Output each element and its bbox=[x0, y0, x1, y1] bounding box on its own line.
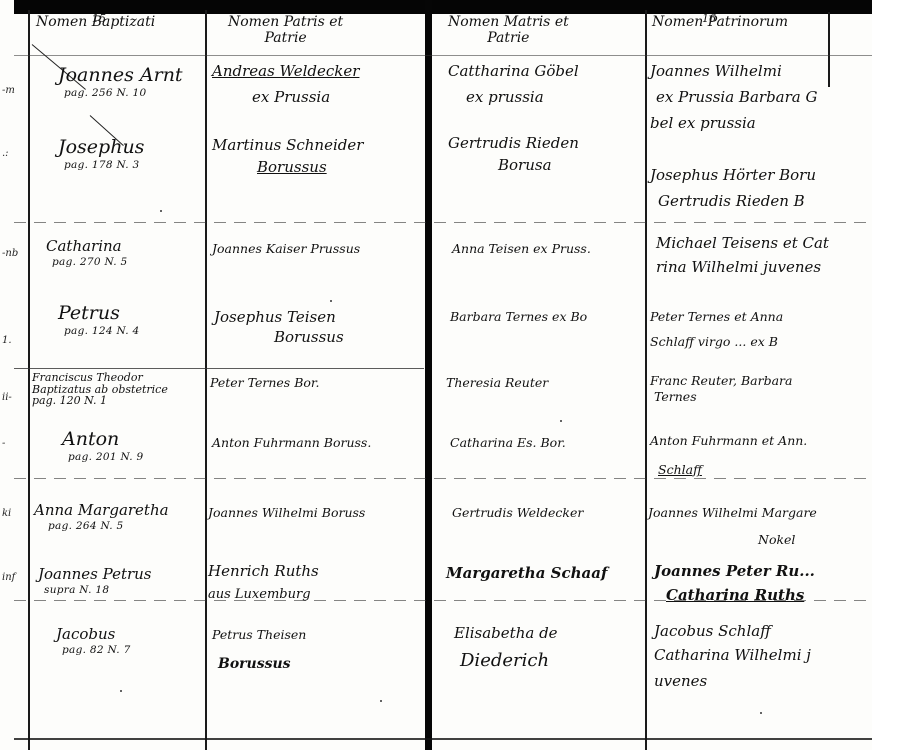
entry-father: Joannes Wilhelmi Boruss bbox=[208, 506, 365, 519]
godparent-line: ex Prussia Barbara G bbox=[656, 90, 817, 106]
mother-name: Elisabetha de bbox=[454, 626, 558, 642]
register-reference: pag. 82 N. 7 bbox=[62, 645, 131, 656]
entry-godparents: Joannes Wilhelmi ex Prussia Barbara G be… bbox=[650, 64, 817, 131]
entry-baptized: Anna Margaretha pag. 264 N. 5 bbox=[34, 502, 169, 532]
godparent-line: Anton Fuhrmann et Ann. bbox=[650, 434, 807, 447]
entry-mother: Theresia Reuter bbox=[446, 376, 548, 389]
mother-name: Barbara Ternes ex Bo bbox=[450, 310, 587, 323]
godparent-line: bel ex prussia bbox=[650, 116, 817, 132]
father-name: Anton Fuhrmann Boruss. bbox=[212, 436, 371, 449]
entry-mother: Elisabetha de Diederich bbox=[454, 626, 558, 671]
scan-speck bbox=[380, 700, 382, 702]
godparent-line: Catharina Wilhelmi j bbox=[654, 648, 811, 664]
entry-baptized: Franciscus Theodor Baptizatus ab obstetr… bbox=[32, 372, 168, 407]
header-label: Nomen Patrinorum bbox=[652, 14, 788, 30]
column-rule-margin bbox=[28, 10, 30, 750]
godparent-line: Peter Ternes et Anna bbox=[650, 310, 783, 323]
entry-mother: Cattharina Göbel ex prussia bbox=[448, 64, 579, 106]
mother-name: Margaretha Schaaf bbox=[446, 566, 607, 582]
scan-top-border bbox=[14, 0, 890, 14]
entry-baptized: Petrus pag. 124 N. 4 bbox=[58, 304, 140, 337]
margin-note: 1. bbox=[2, 335, 12, 346]
baptized-name: Petrus bbox=[58, 302, 120, 324]
father-name: Henrich Ruths bbox=[208, 564, 319, 580]
header-father: Nomen Patris et Patrie bbox=[228, 14, 343, 46]
column-rule-godparents bbox=[645, 10, 647, 750]
header-godparents: Nomen Patrinorum bbox=[652, 14, 788, 30]
father-origin: ex Prussia bbox=[252, 90, 359, 106]
register-reference: pag. 270 N. 5 bbox=[52, 257, 128, 268]
header-rule bbox=[14, 55, 872, 56]
godparent-line: Michael Teisens et Cat bbox=[656, 236, 829, 252]
page-gutter bbox=[425, 0, 432, 750]
godparent-line: Gertrudis Rieden B bbox=[658, 194, 816, 210]
father-name: Petrus Theisen bbox=[212, 628, 306, 641]
header-label: Nomen Matris et bbox=[448, 14, 569, 30]
baptized-name: Anton bbox=[62, 428, 119, 450]
father-name: Joannes Kaiser Prussus bbox=[212, 242, 360, 255]
baptized-name: Joannes Arnt bbox=[58, 64, 183, 86]
mother-origin: ex prussia bbox=[466, 90, 579, 106]
mother-name: Anna Teisen ex Pruss. bbox=[452, 242, 591, 255]
header-sublabel: Patrie bbox=[448, 30, 569, 46]
entry-godparents: Franc Reuter, Barbara Ternes bbox=[650, 374, 792, 403]
scan-speck bbox=[560, 420, 562, 422]
header-sublabel: Patrie bbox=[228, 30, 343, 46]
margin-note: - bbox=[2, 438, 5, 449]
scan-speck bbox=[330, 300, 332, 302]
row-rule bbox=[14, 368, 424, 369]
entry-father: Henrich Ruths aus Luxemburg bbox=[208, 564, 319, 601]
header-label: Nomen Patris et bbox=[228, 14, 343, 30]
register-page: 15 16 Nomen Baptizati Nomen Patris et Pa… bbox=[0, 0, 900, 750]
godparent-line: Franc Reuter, Barbara bbox=[650, 374, 792, 387]
baptized-name: Josephus bbox=[58, 136, 144, 158]
godparent-line: Catharina Ruths bbox=[666, 588, 815, 604]
entry-baptized: Anton pag. 201 N. 9 bbox=[62, 430, 144, 463]
father-name: Andreas Weldecker bbox=[212, 64, 359, 80]
baptized-name: Franciscus Theodor bbox=[32, 372, 168, 384]
register-reference: pag. 201 N. 9 bbox=[68, 452, 144, 463]
mother-name: Cattharina Göbel bbox=[448, 64, 579, 80]
father-origin: Borussus bbox=[257, 160, 363, 176]
father-name: Joannes Wilhelmi Boruss bbox=[208, 506, 365, 519]
register-reference: pag. 124 N. 4 bbox=[64, 326, 140, 337]
scan-right-margin bbox=[872, 0, 900, 750]
entry-father: Joannes Kaiser Prussus bbox=[212, 242, 360, 255]
margin-note: inf bbox=[2, 572, 15, 583]
entry-father: Andreas Weldecker ex Prussia bbox=[212, 64, 359, 106]
register-reference: pag. 120 N. 1 bbox=[32, 395, 168, 407]
godparent-line: Schlaff bbox=[658, 463, 807, 476]
header-baptized: Nomen Baptizati bbox=[36, 14, 155, 30]
entry-father: Petrus Theisen Borussus bbox=[212, 628, 306, 672]
entry-godparents: Joannes Wilhelmi Margare Nokel bbox=[648, 506, 817, 546]
margin-note: -m bbox=[2, 85, 15, 96]
scan-speck bbox=[160, 210, 162, 212]
header-label: Nomen Baptizati bbox=[36, 14, 155, 30]
godparent-line: Josephus Hörter Boru bbox=[650, 168, 816, 184]
father-name: Josephus Teisen bbox=[214, 310, 344, 326]
father-name: Martinus Schneider bbox=[212, 138, 363, 154]
godparent-line: uvenes bbox=[654, 674, 811, 690]
margin-note: -nb bbox=[2, 248, 18, 259]
margin-note: .: bbox=[2, 148, 9, 159]
margin-note: ki bbox=[2, 508, 11, 519]
register-reference: pag. 178 N. 3 bbox=[64, 160, 144, 171]
entry-baptized: Joannes Petrus supra N. 18 bbox=[38, 566, 152, 596]
header-mother: Nomen Matris et Patrie bbox=[448, 14, 569, 46]
entry-baptized: Josephus pag. 178 N. 3 bbox=[58, 138, 144, 171]
godparent-line: Joannes Wilhelmi Margare bbox=[648, 506, 817, 519]
entry-mother: Barbara Ternes ex Bo bbox=[450, 310, 587, 323]
entry-godparents: Jacobus Schlaff Catharina Wilhelmi j uve… bbox=[654, 624, 811, 689]
margin-note: ii- bbox=[2, 392, 12, 403]
entry-godparents: Peter Ternes et Anna Schlaff virgo ... e… bbox=[650, 310, 783, 348]
baptized-name: Joannes Petrus bbox=[38, 565, 152, 583]
column-rule-extra bbox=[828, 12, 830, 87]
entry-baptized: Catharina pag. 270 N. 5 bbox=[46, 238, 128, 268]
godparent-line: rina Wilhelmi juvenes bbox=[656, 260, 829, 276]
entry-mother: Catharina Es. Bor. bbox=[450, 436, 566, 449]
bottom-rule bbox=[14, 738, 872, 740]
godparent-line: Nokel bbox=[758, 533, 817, 546]
entry-godparents: Anton Fuhrmann et Ann. Schlaff bbox=[650, 434, 807, 476]
scan-speck bbox=[760, 712, 762, 714]
mother-origin: Borusa bbox=[498, 158, 579, 174]
godparent-line: Joannes Peter Ru... bbox=[654, 564, 815, 580]
entry-godparents: Josephus Hörter Boru Gertrudis Rieden B bbox=[650, 168, 816, 210]
entry-mother: Anna Teisen ex Pruss. bbox=[452, 242, 591, 255]
godparent-line: Schlaff virgo ... ex B bbox=[650, 335, 783, 348]
scan-speck bbox=[120, 690, 122, 692]
column-rule-father bbox=[205, 10, 207, 750]
mother-name: Gertrudis Weldecker bbox=[452, 506, 583, 519]
entry-father: Josephus Teisen Borussus bbox=[214, 310, 344, 346]
entry-mother: Gertrudis Rieden Borusa bbox=[448, 136, 579, 174]
row-rule bbox=[14, 478, 872, 479]
entry-godparents: Joannes Peter Ru... Catharina Ruths bbox=[654, 564, 815, 604]
register-reference: pag. 256 N. 10 bbox=[64, 88, 183, 99]
mother-name: Catharina Es. Bor. bbox=[450, 436, 566, 449]
godparent-line: Ternes bbox=[654, 390, 792, 403]
entry-father: Peter Ternes Bor. bbox=[210, 376, 319, 389]
father-origin: Borussus bbox=[274, 330, 344, 346]
father-origin: aus Luxemburg bbox=[208, 588, 319, 602]
row-rule bbox=[14, 222, 872, 223]
entry-godparents: Michael Teisens et Cat rina Wilhelmi juv… bbox=[656, 236, 829, 276]
father-name: Peter Ternes Bor. bbox=[210, 376, 319, 389]
godparent-line: Jacobus Schlaff bbox=[654, 624, 811, 640]
mother-origin: Diederich bbox=[460, 652, 558, 671]
entry-father: Anton Fuhrmann Boruss. bbox=[212, 436, 371, 449]
entry-father: Martinus Schneider Borussus bbox=[212, 138, 363, 176]
godparent-line: Joannes Wilhelmi bbox=[650, 64, 817, 80]
entry-baptized: Joannes Arnt pag. 256 N. 10 bbox=[58, 66, 183, 99]
baptized-name: Catharina bbox=[46, 237, 122, 255]
entry-baptized: Jacobus pag. 82 N. 7 bbox=[56, 626, 131, 656]
register-reference: pag. 264 N. 5 bbox=[48, 521, 169, 532]
mother-name: Gertrudis Rieden bbox=[448, 136, 579, 152]
entry-mother: Margaretha Schaaf bbox=[446, 566, 607, 582]
entry-mother: Gertrudis Weldecker bbox=[452, 506, 583, 519]
register-reference: supra N. 18 bbox=[44, 585, 152, 596]
father-origin: Borussus bbox=[218, 657, 306, 672]
baptized-name: Jacobus bbox=[56, 625, 115, 643]
mother-name: Theresia Reuter bbox=[446, 376, 548, 389]
baptized-name: Anna Margaretha bbox=[34, 501, 169, 519]
